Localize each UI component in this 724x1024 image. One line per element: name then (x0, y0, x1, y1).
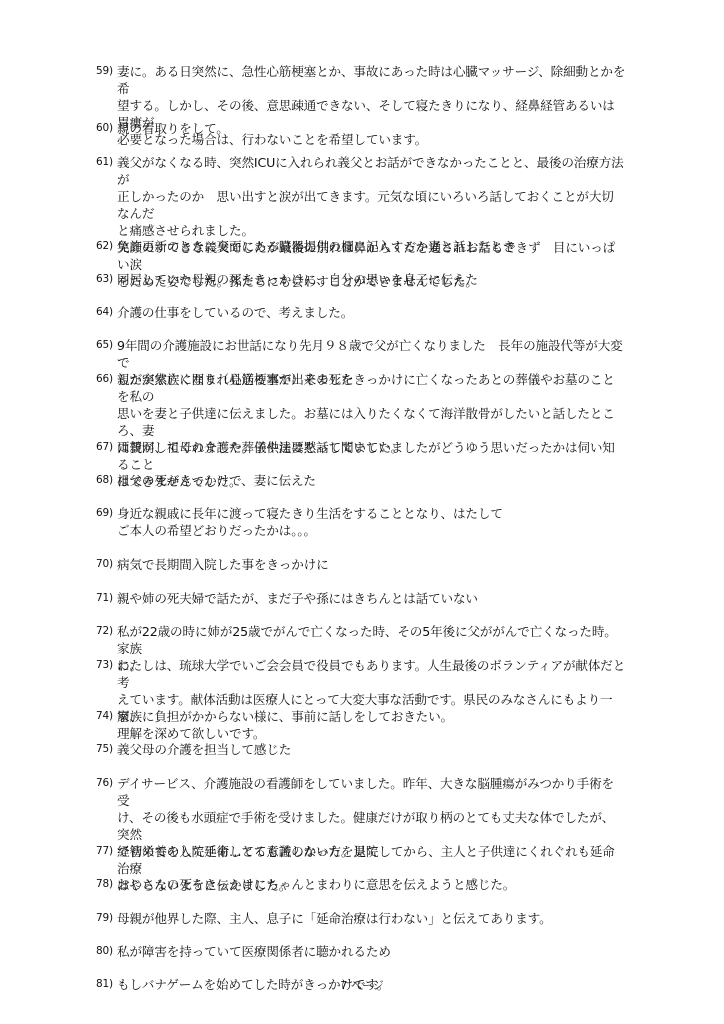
item-number: 61) (96, 154, 118, 171)
item-number: 74) (96, 708, 118, 725)
list-item: 60)親の看取りをして。 (96, 120, 626, 137)
document-page: 59)妻に。ある日突然に、急性心筋梗塞とか、事故にあった時は心臓マッサージ、除細… (0, 0, 724, 1024)
item-text: 免許更新のときに裏面にある臓器提供の欄に記入するか妻と話したとき (117, 238, 626, 255)
item-text: 祖父の死がきっかけで、妻に伝えた (117, 472, 626, 489)
list-item: 73)わたしは、琉球大学でいご会会員で役員でもあります。人生最後のボランティアが… (96, 657, 626, 742)
item-text: わたしは、琉球大学でいご会会員で役員でもあります。人生最後のボランティアが献体だ… (117, 657, 626, 742)
item-number: 75) (96, 741, 118, 758)
list-item: 71)親や姉の死夫婦で話たが、まだ子や孫にはきちんとは話ていない (96, 590, 626, 607)
item-text: 義父がなくなる時、突然ICUに入れられ義父とお話ができなかったことと、最後の治療… (117, 154, 626, 290)
item-text: 病気で長期間入院した事をきっかけに (117, 556, 626, 573)
list-item: 69)身近な親戚に長年に渡って寝たきり生活をすることとなり、はたして ご本人の希… (96, 505, 626, 539)
item-number: 78) (96, 876, 118, 893)
item-text: 介護の仕事をしているので、考えました。 (117, 304, 626, 321)
item-text: 身近な親戚に長年に渡って寝たきり生活をすることとなり、はたして ご本人の希望どお… (117, 505, 626, 539)
item-number: 80) (96, 943, 118, 960)
item-number: 63) (96, 271, 118, 288)
list-item: 63)同居していた母親の死をきっかけに、自分の思いを息子に伝えた (96, 271, 626, 288)
item-text: 義父母の介護を担当して感じた (117, 741, 626, 758)
item-number: 62) (96, 238, 118, 255)
item-text: おじさんの死をきっかけにちゃんとまわりに意思を伝えようと感じた。 (117, 876, 626, 893)
item-number: 64) (96, 304, 118, 321)
item-number: 71) (96, 590, 118, 607)
list-item: 70)病気で長期間入院した事をきっかけに (96, 556, 626, 573)
item-number: 68) (96, 472, 118, 489)
list-item: 79)母親が他界した際、主人、息子に「延命治療は行わない」と伝えてあります。 (96, 910, 626, 927)
item-number: 67) (96, 439, 118, 456)
list-item: 75)義父母の介護を担当して感じた (96, 741, 626, 758)
item-number: 73) (96, 657, 118, 674)
item-number: 79) (96, 910, 118, 927)
list-item: 68)祖父の死がきっかけで、妻に伝えた (96, 472, 626, 489)
item-text: 母親が他界した際、主人、息子に「延命治療は行わない」と伝えてあります。 (117, 910, 626, 927)
list-item: 80)私が障害を持っていて医療関係者に聴かれるため (96, 943, 626, 960)
page-number: 7 ページ (0, 977, 724, 993)
item-text: 経管栄養をして延命してる意識のない方を見て (117, 843, 626, 860)
item-text: 親の看取りをして。 (117, 120, 626, 137)
item-number: 69) (96, 505, 118, 522)
item-number: 60) (96, 120, 118, 137)
item-number: 59) (96, 63, 118, 80)
item-text: 両親が、祖母の介護や葬儀や法要を話してました。 (117, 439, 626, 456)
item-text: 家族に負担がかからない様に、事前に話しをしておきたい。 (117, 708, 626, 725)
item-number: 70) (96, 556, 118, 573)
list-item: 61)義父がなくなる時、突然ICUに入れられ義父とお話ができなかったことと、最後… (96, 154, 626, 290)
list-item: 78)おじさんの死をきっかけにちゃんとまわりに意思を伝えようと感じた。 (96, 876, 626, 893)
item-text: 親や姉の死夫婦で話たが、まだ子や孫にはきちんとは話ていない (117, 590, 626, 607)
item-text: 私が障害を持っていて医療関係者に聴かれるため (117, 943, 626, 960)
item-number: 66) (96, 371, 118, 388)
list-item: 64)介護の仕事をしているので、考えました。 (96, 304, 626, 321)
item-number: 72) (96, 623, 118, 640)
item-number: 65) (96, 337, 118, 354)
item-text: 同居していた母親の死をきっかけに、自分の思いを息子に伝えた (117, 271, 626, 288)
item-number: 76) (96, 775, 118, 792)
item-number: 77) (96, 843, 118, 860)
list-item: 77)経管栄養をして延命してる意識のない方を見て (96, 843, 626, 860)
list-item: 74)家族に負担がかからない様に、事前に話しをしておきたい。 (96, 708, 626, 725)
list-item: 62)免許更新のときに裏面にある臓器提供の欄に記入するか妻と話したとき (96, 238, 626, 255)
list-item: 67)両親が、祖母の介護や葬儀や法要を話してました。 (96, 439, 626, 456)
